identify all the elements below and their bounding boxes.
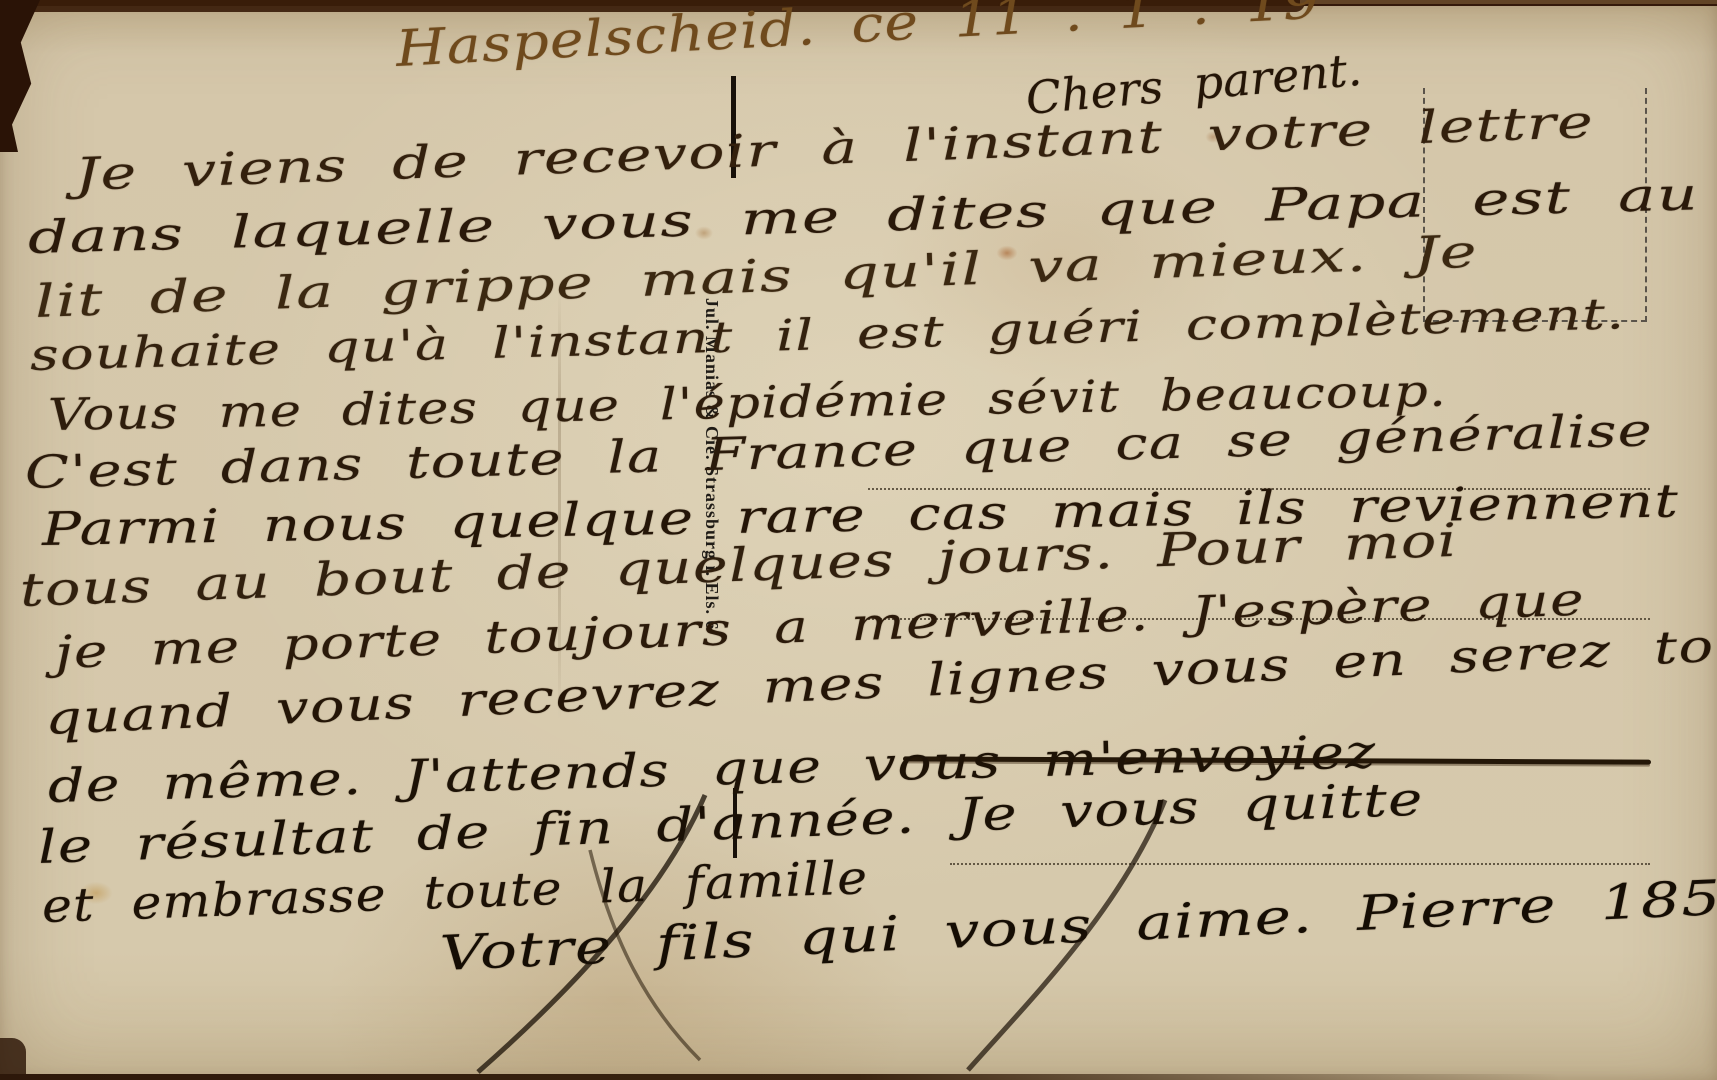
postcard-scan: Jul. Manias & Cie. Strassburg i. Els. 6 … xyxy=(0,0,1717,1080)
card-top-edge-right xyxy=(1300,0,1717,4)
card-bottom-edge xyxy=(0,1074,1560,1080)
address-dotted-line-3 xyxy=(950,863,1650,865)
card-corner-top-left xyxy=(0,0,40,152)
